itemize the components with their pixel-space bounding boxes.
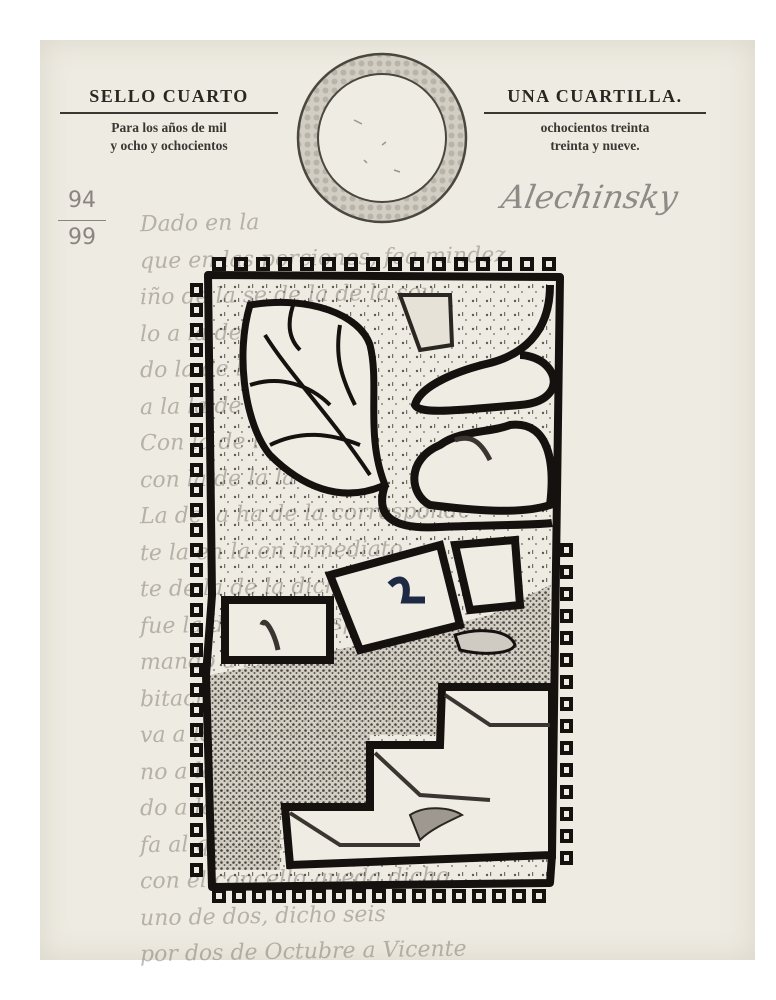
header-right-line1: ochocientos treinta (484, 119, 706, 137)
ink-drawing-artwork (190, 255, 580, 905)
edition-numerator: 94 (58, 188, 106, 214)
header-right-line2: treinta y nueve. (484, 137, 706, 155)
header-right: UNA CUARTILLA. ochocientos treinta trein… (484, 86, 706, 155)
header-right-title: UNA CUARTILLA. (484, 86, 706, 114)
header-left-line2: y ocho y ochocientos (60, 137, 278, 155)
header-left-line1: Para los años de mil (60, 119, 278, 137)
fraction-bar (58, 220, 106, 221)
header-left-title: SELLO CUARTO (60, 86, 278, 114)
round-stamp-seal-icon (294, 50, 470, 226)
artist-signature: Alechinsky (499, 178, 681, 216)
header-left: SELLO CUARTO Para los años de mil y ocho… (60, 86, 278, 155)
edition-number: 94 99 (58, 188, 106, 251)
paper-sheet: Dado en laque en las porciones, fea mind… (40, 40, 755, 960)
edition-denominator: 99 (58, 225, 106, 251)
handwritten-line: por dos de Octubre a Vicente (140, 934, 620, 967)
